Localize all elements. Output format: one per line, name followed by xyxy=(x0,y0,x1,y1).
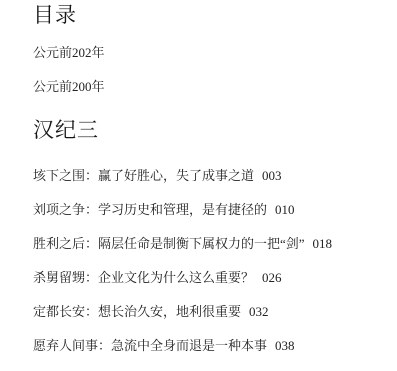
entry-title: 刘项之争：学习历史和管理，是有捷径的 xyxy=(33,202,267,217)
entry-title: 胜利之后：隔层任命是制衡下属权力的一把“剑” xyxy=(33,236,305,251)
toc-entry[interactable]: 垓下之围：赢了好胜心，失了成事之道003 xyxy=(33,167,377,184)
toc-era-item[interactable]: 公元前200年 xyxy=(33,79,377,95)
entry-title: 垓下之围：赢了好胜心，失了成事之道 xyxy=(33,168,254,183)
entry-page-number: 038 xyxy=(275,338,295,353)
toc-entry[interactable]: 刘项之争：学习历史和管理，是有捷径的010 xyxy=(33,201,377,218)
toc-entry[interactable]: 愿弃人间事：急流中全身而退是一种本事038 xyxy=(33,337,377,354)
era-label: 公元前202年 xyxy=(33,45,105,60)
entry-page-number: 026 xyxy=(262,270,282,285)
toc-page: 目录 公元前202年 公元前200年 汉纪三 垓下之围：赢了好胜心，失了成事之道… xyxy=(0,0,397,371)
entry-page-number: 018 xyxy=(313,236,333,251)
entry-title: 定都长安：想长治久安，地利很重要 xyxy=(33,304,241,319)
toc-title: 目录 xyxy=(33,2,377,28)
entry-title: 杀舅留甥：企业文化为什么这么重要？ xyxy=(33,270,254,285)
entry-page-number: 003 xyxy=(262,168,282,183)
era-label: 公元前200年 xyxy=(33,79,105,94)
toc-entry[interactable]: 杀舅留甥：企业文化为什么这么重要？026 xyxy=(33,269,377,286)
toc-entry[interactable]: 定都长安：想长治久安，地利很重要032 xyxy=(33,303,377,320)
section-heading: 汉纪三 xyxy=(33,117,377,143)
toc-era-item[interactable]: 公元前202年 xyxy=(33,45,377,61)
toc-entry[interactable]: 胜利之后：隔层任命是制衡下属权力的一把“剑”018 xyxy=(33,235,377,252)
entry-title: 愿弃人间事：急流中全身而退是一种本事 xyxy=(33,338,267,353)
entry-page-number: 010 xyxy=(275,202,295,217)
entry-page-number: 032 xyxy=(249,304,269,319)
